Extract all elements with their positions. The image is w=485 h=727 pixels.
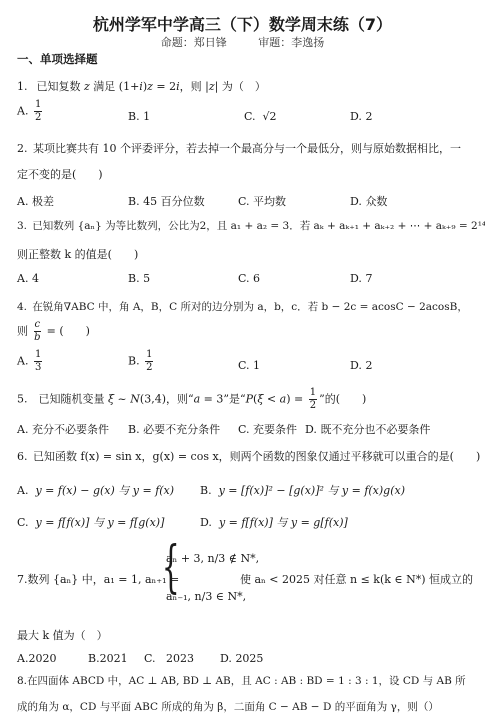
question-6-option-b[interactable]: B. y = [f(x)]² − [g(x)]² 与 y = f(x)g(x) — [200, 482, 405, 498]
piecewise-case-2: aₙ₋₁, n/3 ∈ N*, — [166, 590, 246, 603]
question-7-stem-suffix: 使 aₙ < 2025 对任意 n ≤ k(k ∈ N*) 恒成立的 — [240, 571, 473, 587]
question-5-option-b[interactable]: B. 必要不充分条件 — [128, 421, 220, 437]
question-1-option-a[interactable]: A. 12 — [17, 100, 44, 123]
question-1-stem: 1. 已知复数 z 满足 (1+i)z = 2i，则 |z| 为（ ） — [17, 78, 266, 94]
page-title: 杭州学军中学高三（下）数学周末练（7） — [0, 12, 485, 35]
section-title: 一、单项选择题 — [17, 51, 98, 67]
question-1-option-c[interactable]: C. √2 — [244, 110, 277, 123]
question-6-option-a[interactable]: A. y = f(x) − g(x) 与 y = f(x) — [17, 482, 174, 498]
question-2-option-a[interactable]: A. 极差 — [17, 193, 54, 209]
question-7-option-b[interactable]: B.2021 — [88, 652, 128, 665]
question-1-text: 已知复数 z 满足 (1+i)z = 2i，则 |z| 为（ ） — [31, 80, 266, 93]
author: 命题：郑日锋 — [161, 36, 227, 49]
fraction: cb — [34, 320, 42, 343]
question-6-option-d[interactable]: D. y = f[f(x)] 与 y = g[f(x)] — [200, 514, 348, 530]
piecewise-case-1: aₙ + 3, n/3 ∉ N*, — [166, 552, 259, 565]
question-5-stem: 5. 已知随机变量 ξ ~ N(3,4)，则“a = 3”是“P(ξ < a) … — [17, 388, 366, 411]
question-2-option-d[interactable]: D. 众数 — [350, 193, 387, 209]
question-7-option-d[interactable]: D. 2025 — [220, 652, 263, 665]
question-8-stem-line2: 成的角为 α，CD 与平面 ABC 所成的角为 β，二面角 C − AB − D… — [17, 699, 439, 714]
question-7-option-c[interactable]: C. 2023 — [144, 652, 194, 665]
question-3-option-d[interactable]: D. 7 — [350, 272, 372, 285]
question-5-option-a[interactable]: A. 充分不必要条件 — [17, 421, 109, 437]
question-1-option-b[interactable]: B. 1 — [128, 110, 150, 123]
question-3-option-b[interactable]: B. 5 — [128, 272, 150, 285]
question-5-option-d[interactable]: D. 既不充分也不必要条件 — [305, 421, 430, 437]
question-1-option-d[interactable]: D. 2 — [350, 110, 372, 123]
question-3-option-c[interactable]: C. 6 — [238, 272, 260, 285]
question-4-stem-line2: 则 cb = ( ) — [17, 320, 90, 343]
question-4-stem: 4. 在锐角∇ABC 中，角 A，B，C 所对的边分别为 a，b，c．若 b −… — [17, 299, 468, 314]
fraction: 12 — [34, 100, 42, 123]
question-7-option-a[interactable]: A.2020 — [17, 652, 56, 665]
question-4-option-a[interactable]: A. 13 — [17, 350, 44, 373]
question-4-option-c[interactable]: C. 1 — [238, 359, 260, 372]
question-2-stem: 2. 某项比赛共有 10 个评委评分，若去掉一个最高分与一个最低分，则与原始数据… — [17, 140, 461, 156]
question-4-option-d[interactable]: D. 2 — [350, 359, 372, 372]
question-5-option-c[interactable]: C. 充要条件 — [238, 421, 297, 437]
question-2-option-c[interactable]: C. 平均数 — [238, 193, 286, 209]
question-6-option-c[interactable]: C. y = f[f(x)] 与 y = f[g(x)] — [17, 514, 164, 530]
question-4-option-b[interactable]: B. 12 — [128, 350, 155, 373]
question-8-stem: 8.在四面体 ABCD 中，AC ⊥ AB, BD ⊥ AB，且 AC : AB… — [17, 673, 466, 688]
question-7-stem-line2: 最大 k 值为（ ） — [17, 627, 108, 643]
question-3-stem-line2: 则正整数 k 的值是( ) — [17, 246, 138, 262]
reviewer: 审题：李逸扬 — [258, 36, 324, 49]
question-2-option-b[interactable]: B. 45 百分位数 — [128, 193, 205, 209]
question-2-stem-line2: 定不变的是( ) — [17, 166, 103, 182]
question-3-stem: 3. 已知数列 {aₙ} 为等比数列，公比为2，且 a₁ + a₂ = 3．若 … — [17, 218, 485, 233]
question-6-stem: 6. 已知函数 f(x) = sin x，g(x) = cos x，则两个函数的… — [17, 448, 480, 464]
piecewise-brace: { — [153, 540, 189, 596]
page-subtitle: 命题：郑日锋 审题：李逸扬 — [0, 34, 485, 50]
question-3-option-a[interactable]: A. 4 — [17, 272, 39, 285]
